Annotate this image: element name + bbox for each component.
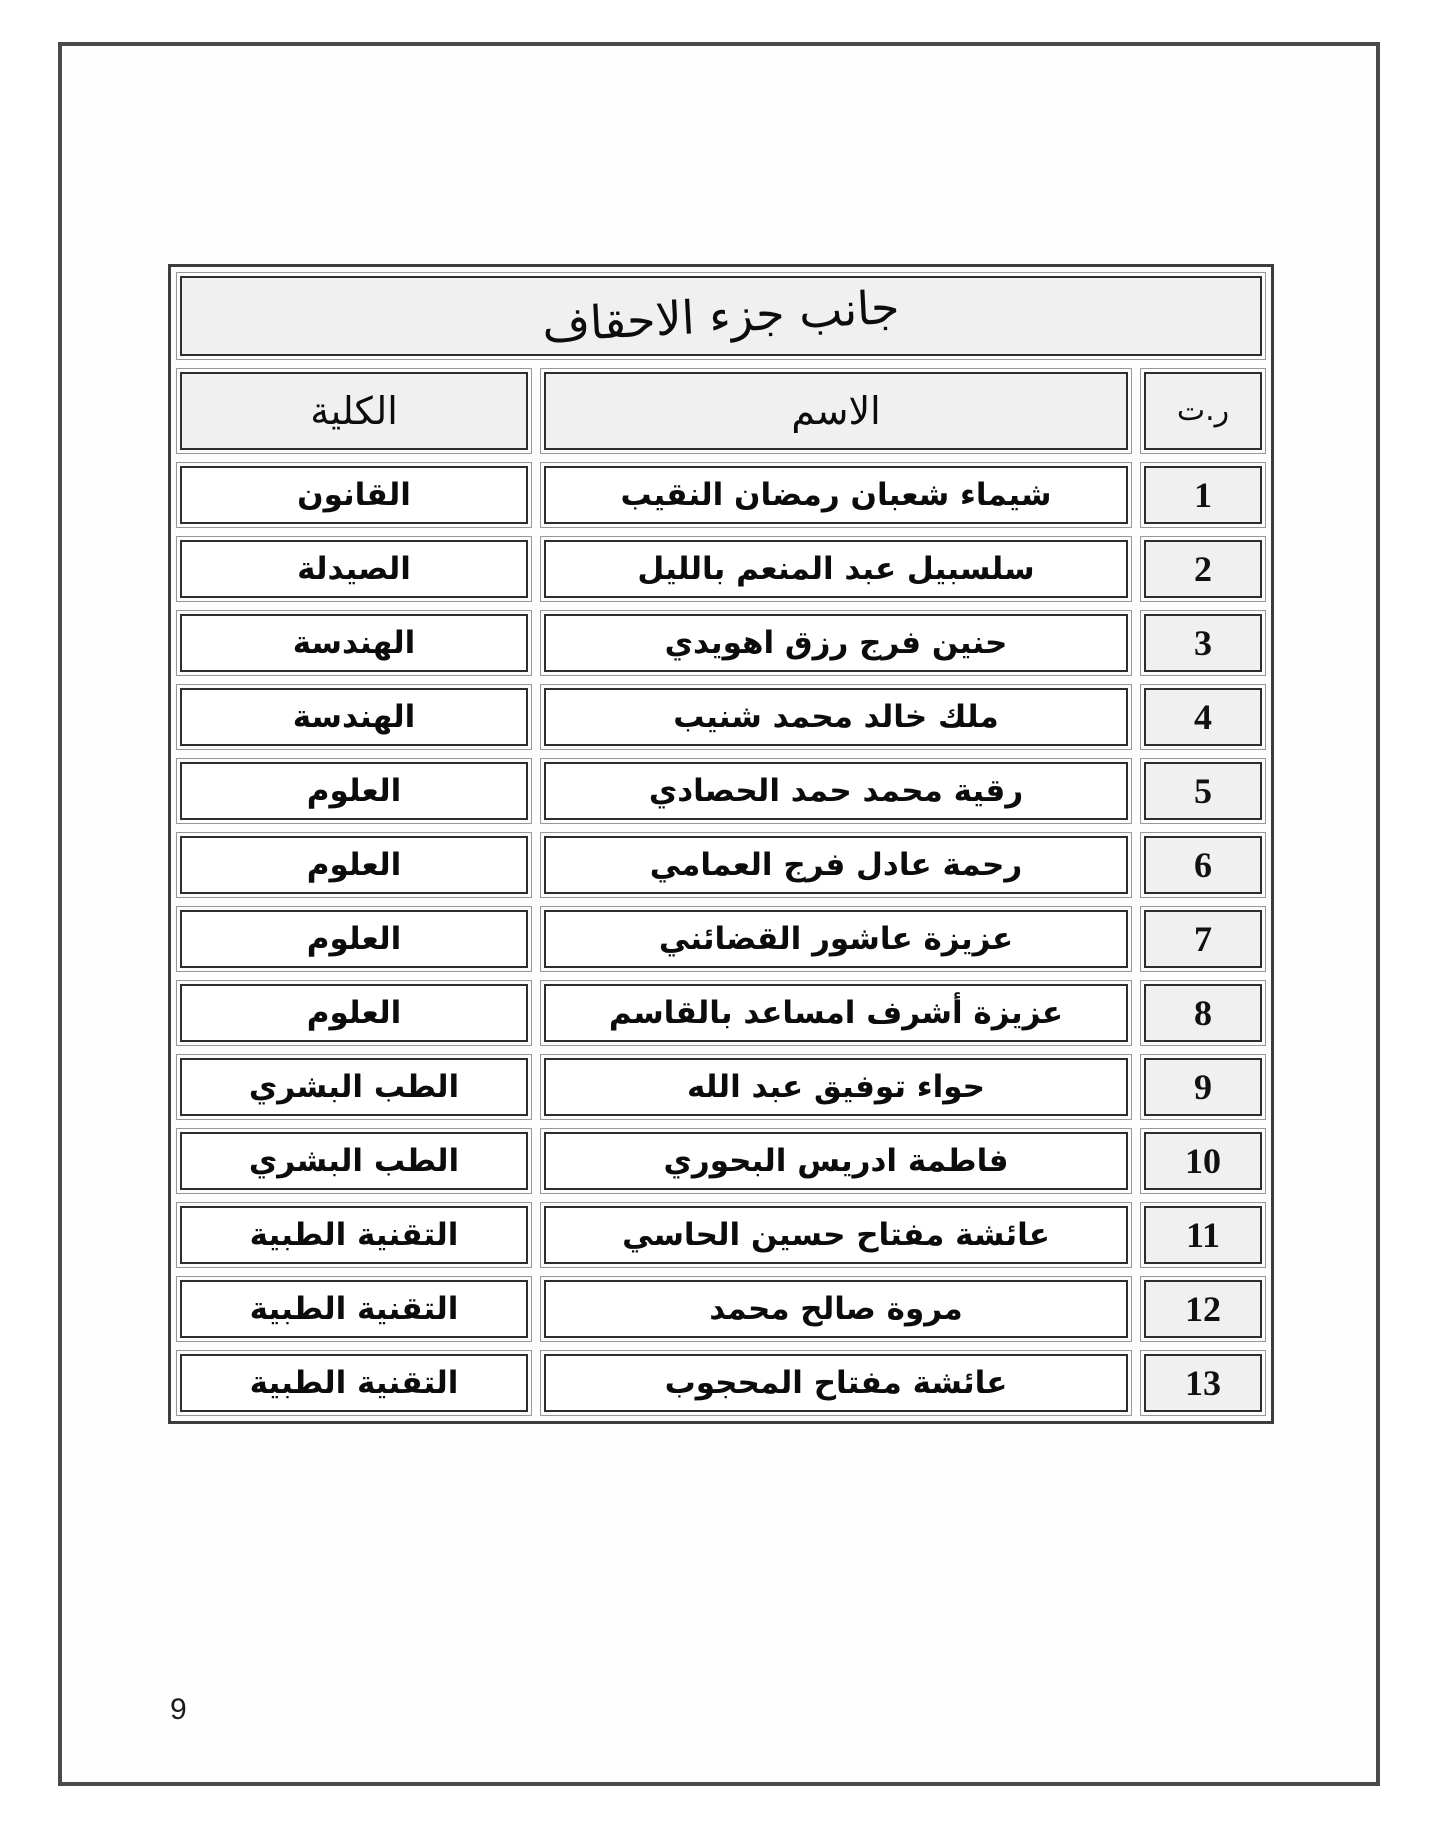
college-cell: العلوم	[176, 832, 532, 898]
college-label: الهندسة	[293, 628, 416, 659]
page-number: 9	[170, 1693, 187, 1727]
serial-number: 5	[1194, 770, 1212, 812]
name-cell: شيماء شعبان رمضان النقيب	[540, 462, 1132, 528]
name-cell: عائشة مفتاح حسين الحاسي	[540, 1202, 1132, 1268]
college-label: التقنية الطبية	[250, 1220, 459, 1251]
student-name: ملك خالد محمد شنيب	[673, 702, 998, 733]
student-name: حواء توفيق عبد الله	[687, 1072, 985, 1103]
student-name: عائشة مفتاح المحجوب	[665, 1368, 1008, 1399]
student-name: حنين فرج رزق اهويدي	[665, 628, 1008, 659]
serial-number: 7	[1194, 918, 1212, 960]
name-cell: رقية محمد حمد الحصادي	[540, 758, 1132, 824]
serial-cell: 7	[1140, 906, 1266, 972]
college-label: التقنية الطبية	[250, 1368, 459, 1399]
table-row: 1 شيماء شعبان رمضان النقيب القانون	[176, 462, 1266, 528]
name-cell: سلسبيل عبد المنعم بالليل	[540, 536, 1132, 602]
student-name: عائشة مفتاح حسين الحاسي	[622, 1220, 1050, 1251]
serial-cell: 9	[1140, 1054, 1266, 1120]
name-cell: عزيزة عاشور القضائني	[540, 906, 1132, 972]
college-label: الصيدلة	[297, 554, 411, 585]
table-row: 7 عزيزة عاشور القضائني العلوم	[176, 906, 1266, 972]
serial-cell: 12	[1140, 1276, 1266, 1342]
student-name: فاطمة ادريس البحوري	[663, 1146, 1008, 1177]
student-name: عزيزة أشرف امساعد بالقاسم	[609, 998, 1063, 1029]
table-row: 11 عائشة مفتاح حسين الحاسي التقنية الطبي…	[176, 1202, 1266, 1268]
serial-cell: 6	[1140, 832, 1266, 898]
college-label: العلوم	[307, 850, 402, 881]
header-serial-cell: ر.ت	[1140, 368, 1266, 454]
serial-cell: 4	[1140, 684, 1266, 750]
table-row: 12 مروة صالح محمد التقنية الطبية	[176, 1276, 1266, 1342]
table-row: 4 ملك خالد محمد شنيب الهندسة	[176, 684, 1266, 750]
table-row: 9 حواء توفيق عبد الله الطب البشري	[176, 1054, 1266, 1120]
header-serial: ر.ت	[1177, 396, 1229, 426]
roster-table: جانب جزء الاحقاف ر.ت الاسم الكلية 1 شيما…	[168, 264, 1274, 1424]
header-college-cell: الكلية	[176, 368, 532, 454]
college-cell: التقنية الطبية	[176, 1350, 532, 1416]
name-cell: فاطمة ادريس البحوري	[540, 1128, 1132, 1194]
college-label: التقنية الطبية	[250, 1294, 459, 1325]
serial-cell: 3	[1140, 610, 1266, 676]
serial-number: 2	[1194, 548, 1212, 590]
name-cell: مروة صالح محمد	[540, 1276, 1132, 1342]
serial-cell: 1	[1140, 462, 1266, 528]
student-name: شيماء شعبان رمضان النقيب	[621, 480, 1052, 511]
serial-number: 3	[1194, 622, 1212, 664]
table-row: 13 عائشة مفتاح المحجوب التقنية الطبية	[176, 1350, 1266, 1416]
student-name: عزيزة عاشور القضائني	[659, 924, 1013, 955]
college-cell: التقنية الطبية	[176, 1276, 532, 1342]
table-title: جانب جزء الاحقاف	[541, 284, 900, 349]
college-label: الطب البشري	[249, 1146, 459, 1177]
college-cell: الصيدلة	[176, 536, 532, 602]
college-cell: الهندسة	[176, 684, 532, 750]
college-cell: الطب البشري	[176, 1054, 532, 1120]
serial-number: 4	[1194, 696, 1212, 738]
serial-number: 1	[1194, 474, 1212, 516]
name-cell: حواء توفيق عبد الله	[540, 1054, 1132, 1120]
table-row: 10 فاطمة ادريس البحوري الطب البشري	[176, 1128, 1266, 1194]
college-cell: القانون	[176, 462, 532, 528]
serial-number: 13	[1185, 1362, 1221, 1404]
serial-number: 10	[1185, 1140, 1221, 1182]
serial-number: 8	[1194, 992, 1212, 1034]
table-row: 2 سلسبيل عبد المنعم بالليل الصيدلة	[176, 536, 1266, 602]
college-label: الهندسة	[293, 702, 416, 733]
student-name: رحمة عادل فرج العمامي	[650, 850, 1022, 881]
student-name: سلسبيل عبد المنعم بالليل	[637, 554, 1034, 585]
header-row: ر.ت الاسم الكلية	[176, 368, 1266, 454]
college-label: القانون	[297, 480, 411, 511]
serial-cell: 10	[1140, 1128, 1266, 1194]
name-cell: عزيزة أشرف امساعد بالقاسم	[540, 980, 1132, 1046]
serial-cell: 8	[1140, 980, 1266, 1046]
college-cell: العلوم	[176, 980, 532, 1046]
table-row: 8 عزيزة أشرف امساعد بالقاسم العلوم	[176, 980, 1266, 1046]
college-label: العلوم	[307, 924, 402, 955]
serial-cell: 5	[1140, 758, 1266, 824]
serial-cell: 13	[1140, 1350, 1266, 1416]
table-title-row: جانب جزء الاحقاف	[176, 272, 1266, 360]
serial-cell: 2	[1140, 536, 1266, 602]
serial-number: 6	[1194, 844, 1212, 886]
serial-cell: 11	[1140, 1202, 1266, 1268]
table-row: 3 حنين فرج رزق اهويدي الهندسة	[176, 610, 1266, 676]
header-college: الكلية	[310, 392, 398, 430]
table-row: 5 رقية محمد حمد الحصادي العلوم	[176, 758, 1266, 824]
name-cell: عائشة مفتاح المحجوب	[540, 1350, 1132, 1416]
college-cell: الهندسة	[176, 610, 532, 676]
table-title-cell: جانب جزء الاحقاف	[176, 272, 1266, 360]
serial-number: 9	[1194, 1066, 1212, 1108]
header-name: الاسم	[791, 392, 880, 430]
serial-number: 11	[1186, 1214, 1220, 1256]
serial-number: 12	[1185, 1288, 1221, 1330]
college-cell: العلوم	[176, 758, 532, 824]
college-cell: التقنية الطبية	[176, 1202, 532, 1268]
name-cell: حنين فرج رزق اهويدي	[540, 610, 1132, 676]
name-cell: رحمة عادل فرج العمامي	[540, 832, 1132, 898]
college-label: العلوم	[307, 998, 402, 1029]
college-label: الطب البشري	[249, 1072, 459, 1103]
college-cell: الطب البشري	[176, 1128, 532, 1194]
college-cell: العلوم	[176, 906, 532, 972]
student-name: مروة صالح محمد	[709, 1294, 962, 1325]
header-name-cell: الاسم	[540, 368, 1132, 454]
table-row: 6 رحمة عادل فرج العمامي العلوم	[176, 832, 1266, 898]
name-cell: ملك خالد محمد شنيب	[540, 684, 1132, 750]
college-label: العلوم	[307, 776, 402, 807]
student-name: رقية محمد حمد الحصادي	[649, 776, 1023, 807]
